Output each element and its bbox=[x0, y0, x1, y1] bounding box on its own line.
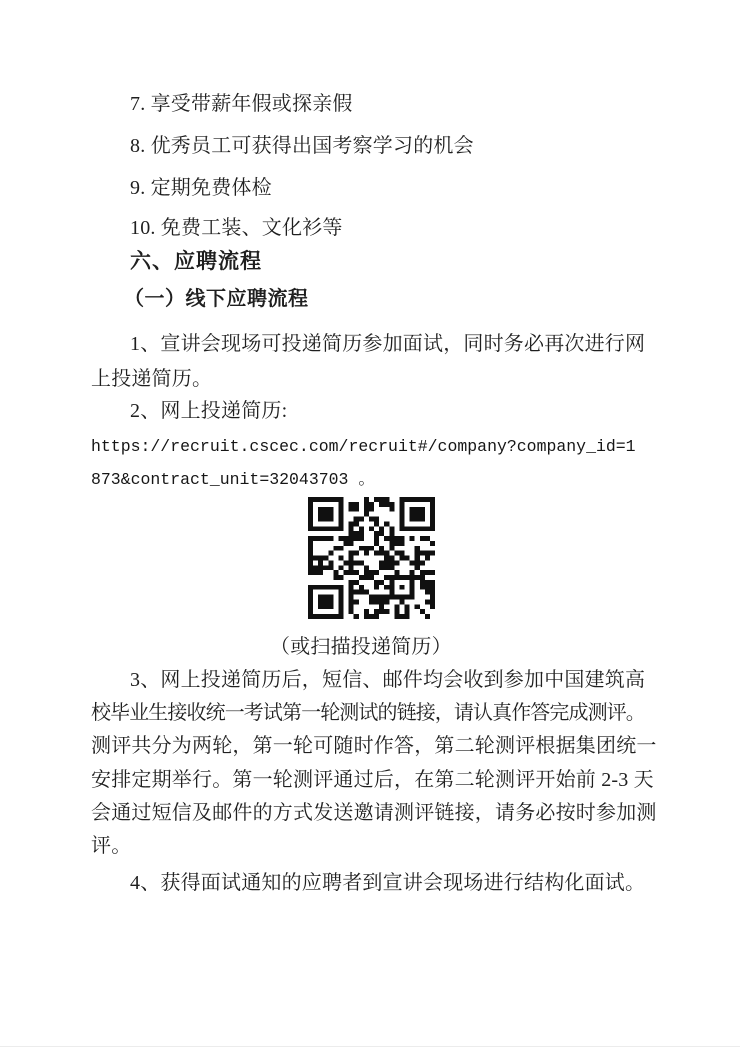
document-page: 7. 享受带薪年假或探亲假 8. 优秀员工可获得出国考察学习的机会 9. 定期免… bbox=[0, 0, 740, 1047]
step3-line2: 校毕业生接收统一考试第一轮测试的链接，请认真作答完成测评。 bbox=[91, 701, 645, 725]
step2-label: 2、网上投递简历: bbox=[130, 399, 287, 423]
recruit-url-line2[interactable]: 873&contract_unit=32043703 。 bbox=[91, 470, 375, 490]
step4-line: 4、获得面试通知的应聘者到宣讲会现场进行结构化面试。 bbox=[130, 871, 645, 895]
benefit-item-9: 9. 定期免费体检 bbox=[130, 176, 272, 200]
benefit-item-10: 10. 免费工装、文化衫等 bbox=[130, 216, 343, 240]
qr-code bbox=[308, 497, 435, 619]
section-heading: 六、应聘流程 bbox=[130, 250, 262, 274]
benefit-item-7: 7. 享受带薪年假或探亲假 bbox=[130, 92, 353, 116]
step1-line2: 上投递简历。 bbox=[91, 367, 212, 391]
step3-line1: 3、网上投递简历后，短信、邮件均会收到参加中国建筑高 bbox=[130, 668, 645, 692]
step1-line1: 1、宣讲会现场可投递简历参加面试，同时务必再次进行网 bbox=[130, 332, 645, 356]
step3-line5: 会通过短信及邮件的方式发送邀请测评链接，请务必按时参加测 bbox=[91, 801, 657, 825]
subsection-heading: （一）线下应聘流程 bbox=[124, 287, 309, 311]
step3-line6: 评。 bbox=[91, 834, 131, 858]
step3-line4: 安排定期举行。第一轮测评通过后，在第二轮测评开始前 2-3 天 bbox=[91, 768, 654, 792]
benefit-item-8: 8. 优秀员工可获得出国考察学习的机会 bbox=[130, 134, 474, 158]
step3-line3: 测评共分为两轮，第一轮可随时作答，第二轮测评根据集团统一 bbox=[91, 734, 657, 758]
qr-caption: （或扫描投递简历） bbox=[270, 635, 452, 659]
recruit-url-line1[interactable]: https://recruit.cscec.com/recruit#/compa… bbox=[91, 437, 636, 457]
